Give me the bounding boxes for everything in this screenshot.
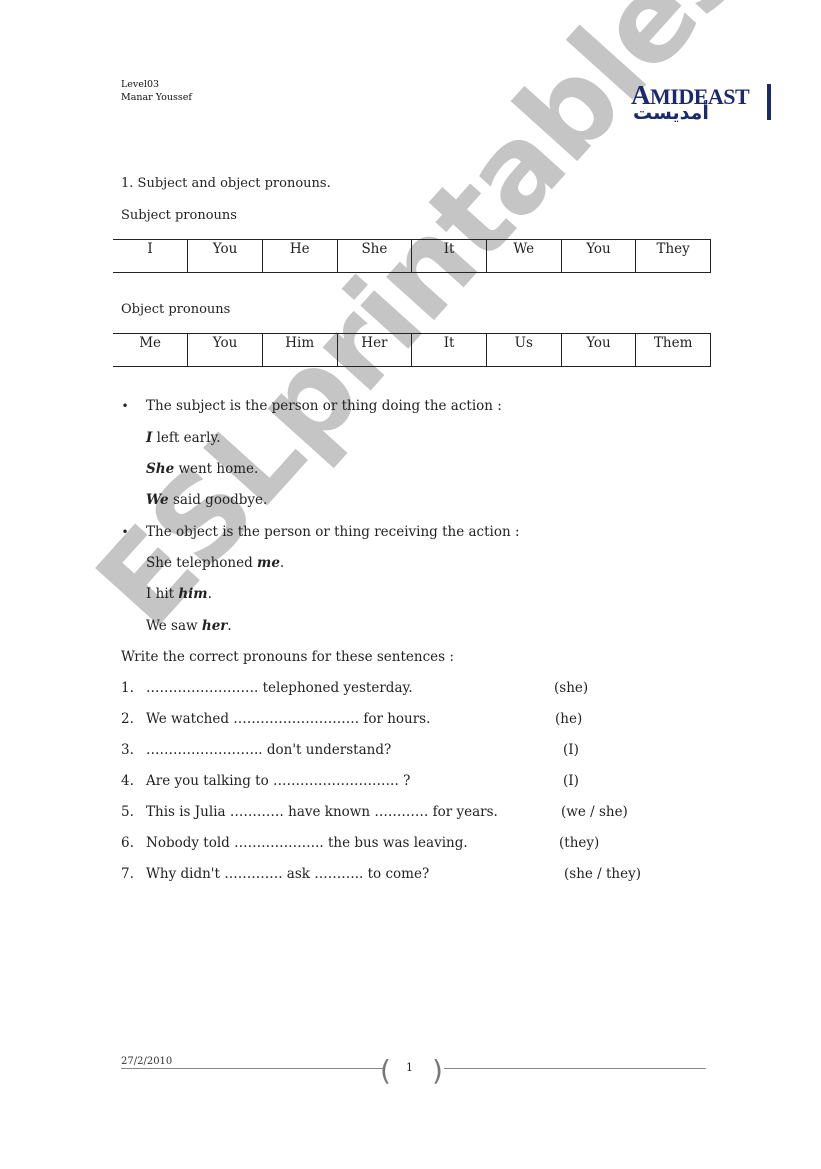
emphasis: her: [202, 618, 228, 634]
pronoun-cell: You: [561, 334, 636, 367]
example-sentence: She went home.: [146, 461, 258, 477]
subject-pronoun-table: I You He She It We You They: [113, 239, 711, 273]
left-brace-icon: (: [380, 1054, 391, 1087]
example-sentence: We said goodbye.: [146, 492, 267, 508]
pronoun-cell: You: [188, 334, 263, 367]
amideast-logo: AMIDEAST أمديست: [631, 80, 773, 124]
logo-bar: [767, 84, 771, 120]
author-name: Manar Youssef: [121, 92, 192, 104]
pronoun-cell: They: [636, 240, 711, 273]
bullet-icon: •: [121, 525, 129, 539]
exercise-hint: (they): [559, 835, 599, 851]
emphasis: She: [146, 461, 174, 477]
footer-rule-right: [444, 1068, 706, 1069]
item-number: 5.: [121, 804, 134, 820]
section-title: 1. Subject and object pronouns.: [121, 176, 331, 192]
rule-text: The object is the person or thing receiv…: [146, 524, 520, 540]
example-post: .: [208, 586, 212, 602]
item-number: 6.: [121, 835, 134, 851]
pronoun-cell: Them: [636, 334, 711, 367]
pronoun-cell: He: [262, 240, 337, 273]
rule-text: The subject is the person or thing doing…: [146, 398, 502, 414]
example-sentence: I left early.: [146, 430, 221, 446]
pronoun-cell: You: [188, 240, 263, 273]
footer-rule-left: [121, 1068, 384, 1069]
pronoun-cell: Me: [113, 334, 188, 367]
example-rest: said goodbye.: [169, 492, 268, 508]
pronoun-cell: Us: [486, 334, 561, 367]
emphasis: him: [178, 586, 207, 602]
exercise-sentence: …………………….. don't understand?: [146, 742, 391, 758]
example-post: .: [227, 618, 231, 634]
pronoun-cell: She: [337, 240, 412, 273]
item-number: 7.: [121, 866, 134, 882]
example-post: .: [280, 555, 284, 571]
exercise-hint: (she / they): [564, 866, 641, 882]
object-pronoun-table: Me You Him Her It Us You Them: [113, 333, 711, 367]
exercise-hint: (she): [554, 680, 588, 696]
pronoun-cell: It: [412, 240, 487, 273]
emphasis: me: [257, 555, 280, 571]
exercise-sentence: This is Julia ………… have known ………… for y…: [146, 804, 498, 820]
pronoun-cell: It: [412, 334, 487, 367]
pronoun-cell: We: [486, 240, 561, 273]
bullet-icon: •: [121, 399, 129, 413]
example-rest: went home.: [174, 461, 258, 477]
item-number: 4.: [121, 773, 134, 789]
exercise-hint: (I): [563, 773, 579, 789]
pronoun-cell: Him: [262, 334, 337, 367]
item-number: 1.: [121, 680, 134, 696]
exercise-hint: (he): [555, 711, 582, 727]
example-sentence: We saw her.: [146, 618, 232, 634]
example-sentence: She telephoned me.: [146, 555, 284, 571]
item-number: 3.: [121, 742, 134, 758]
example-sentence: I hit him.: [146, 586, 212, 602]
level-label: Level03: [121, 79, 159, 91]
exercise-sentence: We watched ………………………. for hours.: [146, 711, 430, 727]
pronoun-cell: You: [561, 240, 636, 273]
exercise-sentence: Nobody told ……………….. the bus was leaving…: [146, 835, 468, 851]
exercise-sentence: ……………………. telephoned yesterday.: [146, 680, 413, 696]
item-number: 2.: [121, 711, 134, 727]
pronoun-cell: Her: [337, 334, 412, 367]
example-pre: She telephoned: [146, 555, 257, 571]
page-number: 1: [406, 1061, 413, 1074]
exercise-instruction: Write the correct pronouns for these sen…: [121, 649, 454, 665]
example-pre: I hit: [146, 586, 178, 602]
exercise-hint: (we / she): [561, 804, 628, 820]
right-brace-icon: ): [432, 1054, 443, 1087]
object-label: Object pronouns: [121, 302, 230, 318]
emphasis: We: [146, 492, 169, 508]
footer-date: 27/2/2010: [121, 1056, 172, 1067]
exercise-sentence: Are you talking to ………………………. ?: [146, 773, 410, 789]
subject-label: Subject pronouns: [121, 208, 237, 224]
exercise-hint: (I): [563, 742, 579, 758]
example-pre: We saw: [146, 618, 202, 634]
pronoun-cell: I: [113, 240, 188, 273]
example-rest: left early.: [152, 430, 220, 446]
exercise-sentence: Why didn't …………. ask ……….. to come?: [146, 866, 429, 882]
logo-arabic: أمديست: [633, 102, 709, 124]
